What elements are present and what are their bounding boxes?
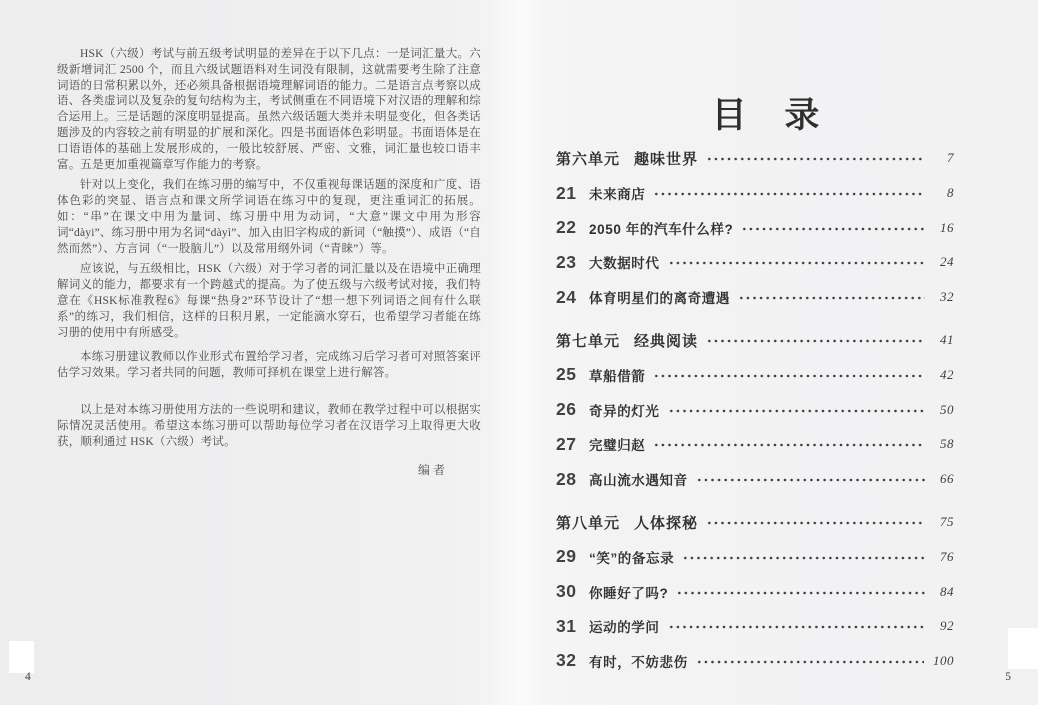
dot-leader [668,620,926,634]
dot-leader [653,369,925,383]
toc-lesson-row: 21未来商店8 [556,176,954,211]
toc-lesson-number: 25 [556,364,589,385]
toc-lesson-row: 23大数据时代24 [556,245,954,280]
toc-lesson-title: 运动的学问 [589,616,660,636]
toc-page-number: 92 [934,618,954,634]
preface-paragraph-5: 以上是对本练习册使用方法的一些说明和建议，教师在教学过程中可以根据实际情况灵活使… [57,403,481,450]
dot-leader [706,152,925,166]
toc-page-number: 58 [934,436,954,452]
dot-leader [738,291,925,305]
toc-lesson-row: 30你睡好了吗?84 [556,574,954,609]
toc-unit-label: 第六单元 [556,148,620,169]
toc-lesson-number: 31 [556,616,589,637]
dot-leader [653,187,925,201]
toc-page-number: 42 [934,367,954,383]
toc-unit-title: 人体探秘 [634,512,698,533]
toc-lesson-row: 25草船借箭42 [556,358,954,393]
page-number-left: 4 [25,671,31,683]
toc-lesson-title: 体育明星们的离奇遭遇 [589,287,730,307]
toc-lesson-number: 30 [556,581,589,602]
toc-lesson-title: 高山流水遇知音 [589,469,688,489]
toc-lesson-row: 28高山流水遇知音66 [556,462,954,497]
toc-unit-label: 第八单元 [556,512,620,533]
toc-title: 目 录 [556,88,954,138]
toc-unit-row: 第八单元人体探秘75 [556,505,954,540]
preface-paragraph-1: HSK（六级）考试与前五级考试明显的差异在于以下几点：一是词汇量大。六级新增词汇… [57,47,481,173]
toc-page-number: 41 [934,332,954,348]
toc-lesson-row: 27完璧归赵58 [556,427,954,462]
dot-leader [668,256,926,270]
toc-lesson-number: 29 [556,546,589,567]
toc-lesson-title: 奇异的灯光 [589,400,660,420]
preface-text: HSK（六级）考试与前五级考试明显的差异在于以下几点：一是词汇量大。六级新增词汇… [57,47,481,450]
scan-artifact-left [9,641,34,673]
toc-lesson-title: 你睡好了吗? [589,582,668,602]
toc-lesson-number: 32 [556,650,589,671]
dot-leader [706,516,925,530]
toc-lesson-title: 未来商店 [589,183,645,203]
preface-paragraph-3: 应该说，与五级相比，HSK（六级）对于学习者的词汇量以及在语境中正确理解词义的能… [57,262,481,341]
toc-lesson-title: “笑”的备忘录 [589,547,674,567]
page-number-right: 5 [1005,671,1011,683]
toc-lesson-title: 大数据时代 [589,252,660,272]
toc-lesson-number: 24 [556,287,589,308]
dot-leader [682,551,925,565]
toc-lesson-number: 27 [556,434,589,455]
toc-page-number: 75 [934,514,954,530]
toc-lesson-title: 草船借箭 [589,365,645,385]
scan-artifact-right [1008,628,1038,669]
toc-page-number: 7 [934,150,954,166]
dot-leader [653,438,925,452]
toc-lesson-row: 24体育明星们的离奇遭遇32 [556,280,954,315]
toc-list: 第六单元趣味世界721未来商店8222050 年的汽车什么样?1623大数据时代… [556,141,954,678]
toc-lesson-title: 有时，不妨悲伤 [589,651,688,671]
dot-leader [741,222,925,236]
toc-unit-title: 经典阅读 [634,330,698,351]
editor-signature: 编者 [57,461,481,478]
toc-page-number: 50 [934,402,954,418]
toc-unit-row: 第六单元趣味世界7 [556,141,954,176]
dot-leader [668,404,926,418]
book-spread: HSK（六级）考试与前五级考试明显的差异在于以下几点：一是词汇量大。六级新增词汇… [0,0,1038,705]
toc-page-number: 8 [934,185,954,201]
toc-page-number: 66 [934,471,954,487]
toc-lesson-number: 26 [556,399,589,420]
toc-lesson-row: 222050 年的汽车什么样?16 [556,210,954,245]
toc-lesson-number: 21 [556,183,589,204]
preface-page: HSK（六级）考试与前五级考试明显的差异在于以下几点：一是词汇量大。六级新增词汇… [0,0,519,705]
dot-leader [696,655,924,669]
dot-leader [676,586,925,600]
toc-lesson-title: 2050 年的汽车什么样? [589,218,733,238]
toc-unit-row: 第七单元经典阅读41 [556,323,954,358]
toc-page-number: 100 [933,653,954,669]
dot-leader [696,473,925,487]
toc-page-number: 32 [934,289,954,305]
toc-lesson-title: 完璧归赵 [589,434,645,454]
toc-lesson-number: 28 [556,469,589,490]
toc-lesson-number: 22 [556,217,589,238]
dot-leader [706,334,925,348]
toc-lesson-number: 23 [556,252,589,273]
toc-unit-label: 第七单元 [556,330,620,351]
preface-paragraph-2: 针对以上变化，我们在练习册的编写中，不仅重视每课话题的深度和广度、语体色彩的突显… [57,178,481,257]
toc-page: 目 录 第六单元趣味世界721未来商店8222050 年的汽车什么样?1623大… [519,0,1038,705]
toc-lesson-row: 29“笑”的备忘录76 [556,540,954,575]
toc-page-number: 76 [934,549,954,565]
toc-page-number: 24 [934,254,954,270]
preface-paragraph-4: 本练习册建议教师以作业形式布置给学习者，完成练习后学习者可对照答案评估学习效果。… [57,350,481,382]
toc-page-number: 84 [934,584,954,600]
toc-lesson-row: 32有时，不妨悲伤100 [556,644,954,679]
toc-lesson-row: 31运动的学问92 [556,609,954,644]
toc-lesson-row: 26奇异的灯光50 [556,392,954,427]
toc-unit-title: 趣味世界 [634,148,698,169]
toc-page-number: 16 [934,220,954,236]
